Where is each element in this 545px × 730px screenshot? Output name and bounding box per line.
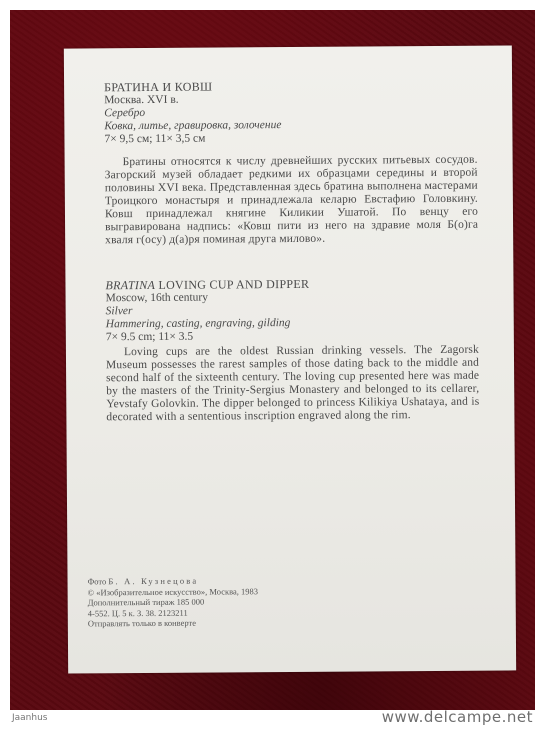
publisher-name: «Изобразительное искусство», Москва, 198… [94,586,258,597]
english-title-italic: BRATINA [105,278,155,292]
photo-prefix: Фото [88,576,109,586]
postcard-back: БРАТИНА И КОВШ Москва. XVI в. Серебро Ко… [64,45,516,673]
english-caption: BRATINA LOVING CUP AND DIPPER Moscow, 16… [105,277,483,345]
site-watermark: www.delcampe.net [382,708,533,726]
photographer-name: Б. А. Кузнецова [108,576,198,587]
english-title-rest: LOVING CUP AND DIPPER [155,277,309,292]
publisher-credits: Фото Б. А. Кузнецова © «Изобразительное … [88,575,259,629]
english-description: Loving cups are the oldest Russian drink… [106,344,480,425]
russian-description: Братины относятся к числу древнейших рус… [105,154,479,248]
copyright-line: © «Изобразительное искусство», Москва, 1… [88,586,258,598]
russian-caption: БРАТИНА И КОВШ Москва. XVI в. Серебро Ко… [104,79,482,147]
mailing-note: Отправлять только в конверте [88,617,258,629]
russian-dimensions: 7× 9,5 см; 11× 3,5 см [104,131,482,147]
seller-watermark: Jaanhus [12,713,48,723]
english-dimensions: 7× 9.5 cm; 11× 3.5 [106,329,484,345]
